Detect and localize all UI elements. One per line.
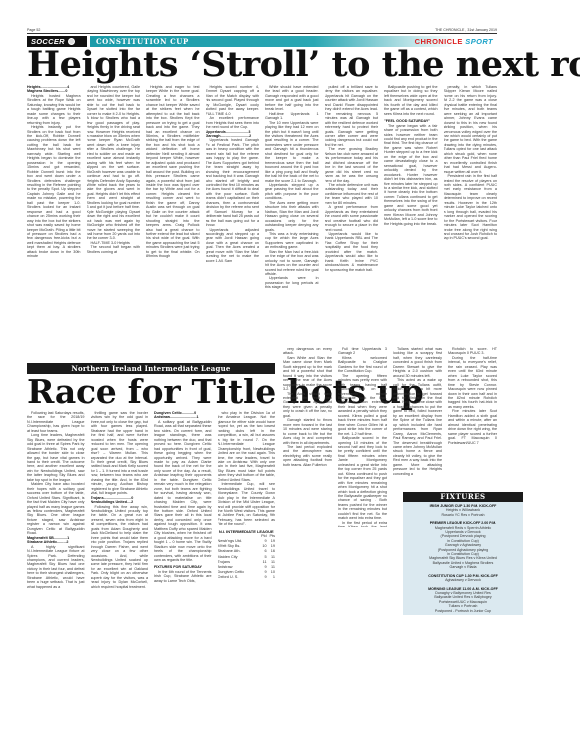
points: 1	[267, 575, 275, 580]
section-banner: SOCCER CONSTITUTION CUP CHRONICLE SPORT	[27, 36, 497, 47]
story1-column: White should have extended the lead with…	[265, 85, 319, 375]
chronicle-sport-logo: CHRONICLE SPORT	[415, 36, 493, 47]
story1-column: penalty, in which Tullans Skipper Kieran…	[444, 85, 498, 375]
paragraph: The opening fifteen minutes was pretty e…	[338, 374, 387, 436]
continued-column: very dangerous on every attack. Sam Whit…	[283, 347, 332, 527]
fixture-line: Aghadowey v Dervock	[405, 578, 521, 582]
story1-column: Heights..........................4 Maghe…	[27, 85, 81, 375]
paragraph: In the first period of extra time Kilrea…	[338, 521, 387, 527]
story1-column: pulled off a brilliant save to deny the …	[325, 85, 379, 375]
paragraph: Upperlands stepped up a gear passing the…	[265, 183, 319, 201]
paragraph: Long time leaders, Magherafelt Sky Blues…	[27, 433, 85, 482]
story1-column: Ballycastle pushing to get the equaliser…	[384, 85, 438, 375]
paragraph: During the half-time interval, to everyo…	[448, 356, 497, 409]
continued-column: Full time Upperlands 3 Garvagh 2 Kilrea …	[338, 347, 387, 527]
fixture-line: Postponed - Portrush in Junior Cup	[405, 609, 521, 613]
paragraph: Ballycastle scored in the opening 10 min…	[338, 436, 387, 521]
story1-column: Heights and eager to test keeper White i…	[146, 85, 200, 375]
paragraph: The last period exploded and the atmosph…	[283, 445, 332, 467]
paragraph: The ever growing Bradley Nelson fan club…	[325, 147, 379, 183]
story2-column: who play in the Division 1a of the Amate…	[218, 411, 276, 737]
paragraph: Intermediate Cup, will see Newbuildings …	[218, 482, 276, 527]
paragraph: Tullans started what was looking like a …	[393, 347, 442, 378]
fixture-section: CONSTITUTION CUP 1.30 P.M. KICK-OFF Agha…	[403, 572, 523, 585]
paragraph: Upperlands adjusted accordingly and step…	[206, 228, 260, 264]
paragraph: The game began with a fair share of poss…	[384, 124, 438, 226]
paragraph: penalty, in which Tullans Skipper Kieran…	[444, 85, 498, 174]
paragraph: A highly significant N.I.Intermediate Le…	[27, 545, 85, 590]
page-number: Page 52	[27, 28, 40, 32]
paragraph: The 10 men Upperlands were playing like …	[265, 121, 319, 183]
fixture-section: MORNING LEAGUE 11.00 A.M. KICK-OFF Dunag…	[403, 585, 523, 615]
paragraph: Full time Upperlands 3 Garvagh 2	[338, 347, 387, 356]
story2-column: Following last Saturdays results, the ra…	[27, 411, 85, 737]
paragraph: Upperlands were in possession for long p…	[265, 276, 319, 289]
paragraph: In the 6th round of the Tennents Irish C…	[154, 570, 212, 583]
paragraph: Following last Saturdays results, the ra…	[27, 411, 85, 433]
fixture-section: PREMIER LEAGUE KICK-OFF 2.00 P.M. Magher…	[403, 519, 523, 571]
fixture-line: Garvagh v Rlada	[405, 565, 521, 569]
paragraph: Garvagh started to throw more men forwar…	[283, 418, 332, 445]
paragraph: Upperlands would like to thank Upperland…	[325, 232, 379, 272]
paragraph: A great performance from Upperlands as t…	[325, 205, 379, 232]
newspaper-page: Page 52 THE CHRONICLE , 31st January 201…	[27, 27, 497, 727]
paragraph: Heights hosted Maghera Strollers at the …	[27, 94, 81, 125]
paragraph: who play in the Division 1a of the Amate…	[218, 411, 276, 482]
played: 9	[258, 575, 266, 580]
paragraph: Sam White and Stan the Man came close th…	[283, 356, 332, 392]
fixture-line: Rosario YC Res v Portrush	[405, 513, 521, 517]
paragraph: An excellent performance from Heights th…	[206, 116, 260, 129]
league-headline: Race for Title hots up	[27, 374, 275, 409]
brand-sport: SPORT	[465, 37, 493, 46]
paragraph: Following this fine away win, Newbuildin…	[91, 505, 149, 590]
paragraph: The Aces were getting more structure int…	[265, 201, 319, 232]
story1-column: Heights scored number 4, Emmet Dysart ca…	[206, 85, 260, 375]
story2-column: thrilling game saw the border visitors w…	[91, 411, 149, 737]
league-story-left: Northern Ireland Intermediate League Rac…	[27, 363, 275, 737]
subheading: "FEEL GOOD SATURDAY"	[384, 119, 438, 123]
paragraph: thrilling game saw the border visitors w…	[91, 411, 149, 496]
paragraph: Five minutes later Scot Hamilton added a…	[448, 409, 497, 445]
paragraph: Heights scored number 4, Emmet Dysart ca…	[206, 85, 260, 116]
paragraph: A solitary goal at Ballyguddin Road, was…	[154, 420, 212, 563]
paragraph: pulled off a brilliant save to deny the …	[325, 85, 379, 147]
story1-column: and Heights countered, Gaile playing Maw…	[87, 85, 141, 375]
table-row: Oxford U. S.91	[218, 575, 276, 580]
paragraph: Heights and eager to test keeper White i…	[146, 85, 200, 259]
competition-name: CONSTITUTION CUP	[96, 37, 189, 46]
paragraph: The whole defensive unit was outstanding…	[325, 183, 379, 205]
page-header-line: Page 52 THE CHRONICLE , 31st January 201…	[27, 27, 497, 34]
paragraph: The second half began with Strollers com…	[87, 245, 141, 254]
paragraph: and Heights countered, Gaile playing Maw…	[87, 85, 141, 241]
paragraph: The Aces should have extended the lead t…	[283, 392, 332, 419]
paragraph: Rohdich to score. HT Macosquin 0 PUUC 3.	[448, 347, 497, 356]
team-name: Oxford U. S.	[218, 575, 259, 580]
competition-banner: CONSTITUTION CUP CHRONICLE SPORT	[90, 36, 497, 47]
league-table: Pld Pts Newb'ngs Utd.919 M'felt Sky Bs.1…	[218, 534, 276, 581]
publication-date: THE CHRONICLE , 31st January 2019	[435, 28, 497, 32]
brand-chronicle: CHRONICLE	[415, 37, 463, 46]
paragraph: Stan the Man had a free-kick on the edge…	[265, 250, 319, 277]
story2-column: Dungiven Celtic............0 Ardstraw...…	[154, 411, 212, 737]
paragraph: This was a truly entertaining cup tie wh…	[265, 232, 319, 250]
paragraph: Persistent rain in the first half tested…	[444, 174, 498, 241]
paragraph: Ballycastle pushing to get the equaliser…	[384, 85, 438, 116]
paragraph: Upperlands hosted Garvagh Fc at Festival…	[206, 138, 260, 227]
paragraph: very dangerous on every attack.	[283, 347, 332, 356]
fixtures-box: FIXTURES IRISH JUNIOR CUP 1.30 P.M. KICK…	[403, 492, 523, 615]
paragraph: Kilrea welcomed Ballycastle to Craigloe …	[338, 356, 387, 374]
paragraph: Maiden City have also boosted their hope…	[27, 482, 85, 535]
paragraph: White should have extended the lead with…	[265, 85, 319, 112]
paragraph: Half-time Upperlands 1 Garvagh 1.	[265, 112, 319, 121]
paragraph: Heights instantly put the Strollers on t…	[27, 125, 81, 259]
fixtures-title: FIXTURES	[403, 492, 523, 502]
main-headline: Heights ‘Stroll’ to the next round!	[27, 47, 497, 83]
story1-columns: Heights..........................4 Maghe…	[27, 85, 497, 375]
paragraph: This acted as a wake up call for the Tul…	[393, 378, 442, 476]
fixture-section: IRISH JUNIOR CUP 1.30 P.M. KICK-OFF Heig…	[403, 502, 523, 519]
story2-columns: Following last Saturdays results, the ra…	[27, 411, 275, 737]
